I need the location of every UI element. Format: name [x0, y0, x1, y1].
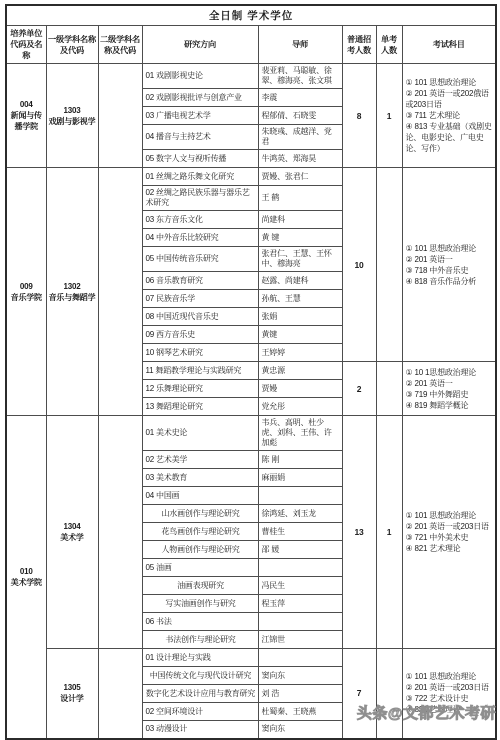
watermark: 头条@文都艺术考研 — [357, 702, 496, 723]
direction-cell: 12 乐舞理论研究 — [142, 380, 258, 398]
exam-subjects-cell: ① 101 思想政治理论 ② 201 英语一或203日语 ③ 721 中外美术史… — [402, 416, 496, 649]
supervisor-cell — [258, 649, 342, 667]
discipline-name: 音乐与舞蹈学 — [48, 292, 97, 303]
supervisor-cell: 曹桂生 — [258, 523, 342, 541]
direction-cell: 07 民族音乐学 — [142, 290, 258, 308]
direction-cell: 花鸟画创作与理论研究 — [142, 523, 258, 541]
supervisor-cell: 尚建科 — [258, 211, 342, 229]
direction-cell: 06 音乐教育研究 — [142, 272, 258, 290]
unit-cell: 004新闻与传播学院 — [6, 64, 46, 168]
direction-cell: 10 钢琴艺术研究 — [142, 344, 258, 362]
separate-count-cell: 1 — [376, 64, 402, 168]
discipline-code: 1304 — [48, 521, 97, 532]
unit-name: 新闻与传播学院 — [8, 110, 45, 132]
supervisor-cell: 朱晓彧、成越洋、党君 — [258, 125, 342, 150]
unit-code: 004 — [8, 99, 45, 110]
column-header-discipline1: 一级学科名称及代码 — [46, 26, 98, 64]
supervisor-cell: 冯民生 — [258, 577, 342, 595]
supervisor-cell: 杜蜀秦、王晓燕 — [258, 703, 342, 721]
sublevel-cell — [98, 649, 142, 739]
supervisor-cell — [258, 559, 342, 577]
direction-cell: 05 数字人文与视听传播 — [142, 150, 258, 168]
column-header-discipline2: 二级学科名称及代码 — [98, 26, 142, 64]
column-header-separate-count: 单考人数 — [376, 26, 402, 64]
unit-code: 009 — [8, 281, 45, 292]
supervisor-cell: 程玉萍 — [258, 595, 342, 613]
page: 全日制 学术学位 培养单位代码及名称 一级学科名称及代码 二级学科名称及代码 研… — [0, 0, 500, 723]
direction-cell: 人物画创作与理论研究 — [142, 541, 258, 559]
direction-cell: 书法创作与理论研究 — [142, 631, 258, 649]
supervisor-cell: 裴亚莉、马聪敏、徐翠、穆海亮、张文琪 — [258, 64, 342, 89]
supervisor-cell: 贾嫚 — [258, 380, 342, 398]
discipline-cell: 1302音乐与舞蹈学 — [46, 168, 98, 416]
discipline-code: 1302 — [48, 281, 97, 292]
separate-count-cell — [376, 168, 402, 362]
separate-count-cell — [376, 362, 402, 416]
direction-cell: 02 空间环境设计 — [142, 703, 258, 721]
separate-count-cell — [376, 649, 402, 739]
supervisor-cell: 程郁倩、石晓雯 — [258, 107, 342, 125]
direction-cell: 13 舞蹈理论研究 — [142, 398, 258, 416]
direction-cell: 写实油画创作与研究 — [142, 595, 258, 613]
discipline-name: 美术学 — [48, 532, 97, 543]
supervisor-cell: 窦向东 — [258, 667, 342, 685]
column-header-unit: 培养单位代码及名称 — [6, 26, 46, 64]
supervisor-cell: 陈 刚 — [258, 451, 342, 469]
supervisor-cell — [258, 487, 342, 505]
direction-cell: 01 设计理论与实践 — [142, 649, 258, 667]
column-header-exam-subjects: 考试科目 — [402, 26, 496, 64]
direction-cell: 山水画创作与理论研究 — [142, 505, 258, 523]
supervisor-cell: 黄 键 — [258, 229, 342, 247]
unit-code: 010 — [8, 566, 45, 577]
direction-cell: 02 丝绸之路民族乐器与器乐艺术研究 — [142, 186, 258, 211]
exam-subjects-cell: ① 101 思想政治理论 ② 201 英语一或202俄语或203日语 ③ 711… — [402, 64, 496, 168]
general-count-cell: 7 — [342, 649, 376, 739]
table-body: 004新闻与传播学院1303戏剧与影视学01 戏剧影视史论裴亚莉、马聪敏、徐翠、… — [6, 64, 496, 739]
column-header-general-count: 普通招考人数 — [342, 26, 376, 64]
table-row: 009音乐学院1302音乐与舞蹈学01 丝绸之路乐舞文化研究贾嫚、张君仁10① … — [6, 168, 496, 186]
supervisor-cell: 孙航、王慧 — [258, 290, 342, 308]
supervisor-cell: 李震 — [258, 89, 342, 107]
supervisor-cell: 徐鸿延、刘玉龙 — [258, 505, 342, 523]
discipline-cell: 1304美术学 — [46, 416, 98, 649]
exam-subjects-cell: ① 101 思想政治理论 ② 201 英语一或203日语 ③ 722 艺术设计史… — [402, 649, 496, 739]
supervisor-cell: 江锦世 — [258, 631, 342, 649]
direction-cell: 02 艺术美学 — [142, 451, 258, 469]
direction-cell: 03 美术教育 — [142, 469, 258, 487]
direction-cell: 03 东方音乐文化 — [142, 211, 258, 229]
general-count-cell: 10 — [342, 168, 376, 362]
column-header-direction: 研究方向 — [142, 26, 258, 64]
supervisor-cell: 贾嫚、张君仁 — [258, 168, 342, 186]
table-row: 004新闻与传播学院1303戏剧与影视学01 戏剧影视史论裴亚莉、马聪敏、徐翠、… — [6, 64, 496, 89]
exam-subjects-cell: ① 101 思想政治理论 ② 201 英语一 ③ 718 中外音乐史 ④ 818… — [402, 168, 496, 362]
direction-cell: 01 美术史论 — [142, 416, 258, 451]
direction-cell: 03 动漫设计 — [142, 721, 258, 739]
table-row: 1305设计学01 设计理论与实践7① 101 思想政治理论 ② 201 英语一… — [6, 649, 496, 667]
direction-cell: 01 丝绸之路乐舞文化研究 — [142, 168, 258, 186]
discipline-code: 1303 — [48, 105, 97, 116]
discipline-cell: 1303戏剧与影视学 — [46, 64, 98, 168]
separate-count-cell: 1 — [376, 416, 402, 649]
unit-name: 美术学院 — [8, 577, 45, 588]
direction-cell: 04 中国画 — [142, 487, 258, 505]
supervisor-cell: 牛鸿英、郑海昊 — [258, 150, 342, 168]
supervisor-cell: 王 鹤 — [258, 186, 342, 211]
supervisor-cell: 窦向东 — [258, 721, 342, 739]
table-row: 010美术学院1304美术学01 美术史论韦兵、高明、杜少虎、刘科、王伟、许加彪… — [6, 416, 496, 451]
direction-cell: 11 舞蹈教学理论与实践研究 — [142, 362, 258, 380]
table-title: 全日制 学术学位 — [6, 5, 496, 26]
supervisor-cell: 党允彤 — [258, 398, 342, 416]
column-header-supervisor: 导师 — [258, 26, 342, 64]
direction-cell: 01 戏剧影视史论 — [142, 64, 258, 89]
sublevel-cell — [98, 168, 142, 416]
direction-cell: 08 中国近现代音乐史 — [142, 308, 258, 326]
direction-cell: 03 广播电视艺术学 — [142, 107, 258, 125]
unit-cell: 010美术学院 — [6, 416, 46, 739]
header-row: 培养单位代码及名称 一级学科名称及代码 二级学科名称及代码 研究方向 导师 普通… — [6, 26, 496, 64]
supervisor-cell: 张娟 — [258, 308, 342, 326]
direction-cell: 02 戏剧影视批评与创意产业 — [142, 89, 258, 107]
admissions-table: 全日制 学术学位 培养单位代码及名称 一级学科名称及代码 二级学科名称及代码 研… — [5, 4, 497, 740]
direction-cell: 06 书法 — [142, 613, 258, 631]
direction-cell: 05 中国传统音乐研究 — [142, 247, 258, 272]
direction-cell: 04 中外音乐比较研究 — [142, 229, 258, 247]
sublevel-cell — [98, 64, 142, 168]
direction-cell: 数字化艺术设计应用与教育研究 — [142, 685, 258, 703]
discipline-name: 戏剧与影视学 — [48, 116, 97, 127]
supervisor-cell: 刘 浩 — [258, 685, 342, 703]
sublevel-cell — [98, 416, 142, 649]
unit-cell: 009音乐学院 — [6, 168, 46, 416]
direction-cell: 油画表现研究 — [142, 577, 258, 595]
supervisor-cell: 韦兵、高明、杜少虎、刘科、王伟、许加彪 — [258, 416, 342, 451]
general-count-cell: 13 — [342, 416, 376, 649]
direction-cell: 09 西方音乐史 — [142, 326, 258, 344]
supervisor-cell: 邵 媛 — [258, 541, 342, 559]
exam-subjects-cell: ① 10 1思想政治理论 ② 201 英语一 ③ 719 中外舞蹈史 ④ 819… — [402, 362, 496, 416]
supervisor-cell — [258, 613, 342, 631]
unit-name: 音乐学院 — [8, 292, 45, 303]
direction-cell: 04 播音与主持艺术 — [142, 125, 258, 150]
general-count-cell: 8 — [342, 64, 376, 168]
supervisor-cell: 黄键 — [258, 326, 342, 344]
supervisor-cell: 黄忠源 — [258, 362, 342, 380]
supervisor-cell: 麻丽娟 — [258, 469, 342, 487]
general-count-cell: 2 — [342, 362, 376, 416]
supervisor-cell: 张君仁、王慧、王怀中、穆海亮 — [258, 247, 342, 272]
discipline-name: 设计学 — [48, 693, 97, 704]
discipline-cell: 1305设计学 — [46, 649, 98, 739]
direction-cell: 05 油画 — [142, 559, 258, 577]
supervisor-cell: 赵露、尚建科 — [258, 272, 342, 290]
discipline-code: 1305 — [48, 682, 97, 693]
supervisor-cell: 王婷婷 — [258, 344, 342, 362]
direction-cell: 中国传统文化与现代设计研究 — [142, 667, 258, 685]
